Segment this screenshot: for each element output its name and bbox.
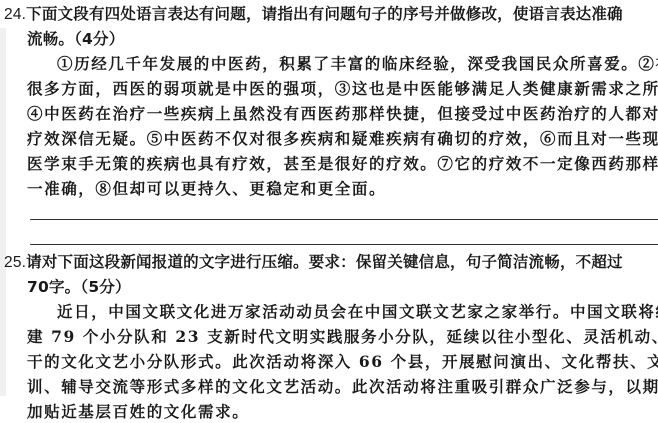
q25-passage-line: 训、辅导交流等形式多样的文化文艺活动。此次活动将注重吸引群众广泛参与，以期更 <box>27 377 658 397</box>
answer-line-1[interactable] <box>30 219 658 220</box>
question-25-prompt-line-1: 25.请对下面这段新闻报道的文字进行压缩。要求：保留关键信息，句子简洁流畅，不超… <box>4 252 623 273</box>
q24-passage-line: ①历经几千年发展的中医药，积累了丰富的临床经验，深受我国民众所喜爱。②在 <box>57 54 658 74</box>
page-edge-shadow <box>0 28 6 396</box>
q24-passage-line: 很多方面，西医的弱项就是中医的强项，③这也是中医能够满足人类健康新需求之所在。 <box>27 79 658 99</box>
question-25-number: 25. <box>4 254 26 271</box>
q25-passage-line: 干的文化文艺小分队形式。此次活动将深入 66 个县，开展慰问演出、文化帮扶、文艺… <box>27 352 658 372</box>
q24-passage-line: ④中医药在治疗一些疾病上虽然没有西医药那样快捷，但接受过中医药治疗的人都对其 <box>27 104 658 124</box>
q24-passage-line: 一准确，⑧但却可以更持久、更稳定和更全面。 <box>27 179 386 199</box>
answer-line-2[interactable] <box>30 244 658 245</box>
q24-passage-line: 医学束手无策的疾病也具有疗效，甚至是很好的疗效。⑦它的疗效不一定像西药那样专 <box>27 154 658 174</box>
q25-passage-line: 加贴近基层百姓的文化需求。 <box>27 402 249 422</box>
q25-passage-line: 近日，中国文联文化进万家活动动员会在中国文联文艺家之家举行。中国文联将组 <box>57 302 658 322</box>
q24-passage-line: 疗效深信无疑。⑤中医药不仅对很多疾病和疑难疾病有确切的疗效，⑥而且对一些现代 <box>27 129 658 149</box>
q25-passage-line: 建 79 个小分队和 23 支新时代文明实践服务小分队，延续以往小型化、灵活机动… <box>27 327 658 347</box>
question-24-prompt-line-1: 24.下面文段有四处语言表达有问题，请指出有问题句子的序号并做修改，使语言表达准… <box>4 4 623 25</box>
question-25-prompt-line-2: 70字。（5分） <box>27 277 131 297</box>
question-24-prompt-line-2: 流畅。（4分） <box>27 29 124 49</box>
question-24-number: 24. <box>4 6 26 23</box>
